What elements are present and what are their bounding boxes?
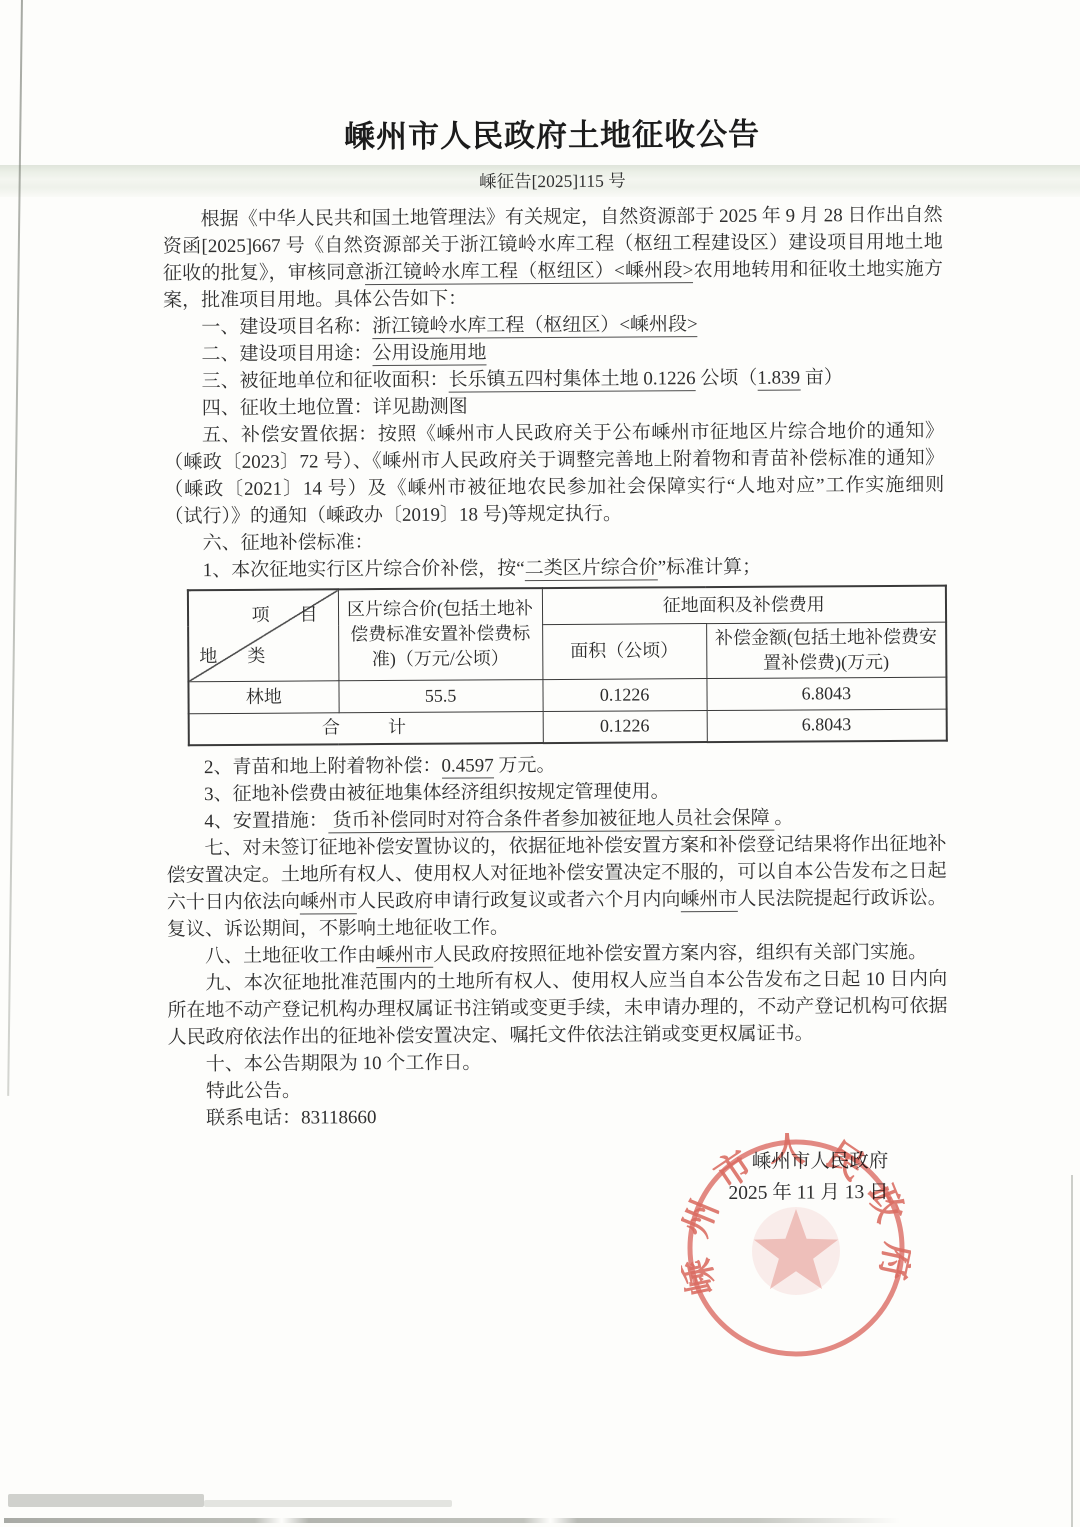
underlined-text: 1.839 (757, 367, 800, 390)
body-text-lower: 2、青苗和地上附着物补偿：0.4597 万元。3、征地补偿费由被征地集体经济组织… (166, 750, 948, 1133)
underlined-text: 长乐镇五四村集体土地 0.1226 (449, 368, 696, 393)
seal-star-icon (754, 1209, 838, 1289)
document-number: 嵊征告[2025]115 号 (162, 167, 942, 196)
paragraph: 七、对未签订征地补偿安置协议的，依据征地补偿安置方案和补偿登记结果将作出征地补偿… (166, 831, 947, 944)
underlined-text: 浙江镜岭水库工程（枢纽区）<嵊州段> (372, 314, 698, 339)
text-run: 一、建设项目名称： (201, 316, 372, 338)
text-run: 联系电话：83118660 (206, 1107, 376, 1129)
corner-label-landtype: 地 类 (199, 643, 271, 668)
text-run: 四、征收土地位置：详见勘测图 (202, 397, 468, 420)
text-run: 九、本次征地批准范围内的土地所有权人、使用权人应当自本公告发布之日起 10 日内… (167, 969, 947, 1049)
underlined-text: 浙江镜岭水库工程（枢纽区）<嵊州段> (365, 260, 694, 285)
text-run: 4、安置措施： (204, 810, 328, 832)
compensation-table: 项 目 地 类 区片综合价(包括土地补偿费标准安置补偿费标准)（万元/公顷） 征… (187, 585, 948, 747)
signature-date: 2025 年 11 月 13 日 (169, 1177, 889, 1212)
signature-block: 嵊州市人民政府 2025 年 11 月 13 日 (168, 1146, 948, 1213)
text-run: 六、征地补偿标准： (203, 532, 374, 554)
cell-total-amount: 6.8043 (707, 709, 947, 742)
paragraph: 九、本次征地批准范围内的土地所有权人、使用权人应当自本公告发布之日起 10 日内… (167, 966, 947, 1052)
text-run: 十、本公告期限为 10 个工作日。 (206, 1052, 482, 1075)
underlined-text: 嵊州市 (376, 945, 433, 968)
column-group-header: 征地面积及补偿费用 (542, 586, 946, 624)
column-header-amount: 补偿金额(包括土地补偿费安置补偿费)(万元) (706, 622, 946, 678)
column-header-area: 面积（公顷） (542, 623, 706, 679)
underlined-text: 嵊州市 (680, 889, 737, 912)
text-run: 五、补偿安置依据：按照《嵊州市人民政府关于公布嵊州市征地区片综合地价的通知》（嵊… (164, 421, 944, 528)
scan-artifact-right-line (1071, 1175, 1073, 1527)
text-run: 八、土地征收工作由 (205, 945, 376, 967)
signature-org: 嵊州市人民政府 (168, 1146, 888, 1181)
text-run: 2、青苗和地上附着物补偿： (204, 756, 442, 778)
column-header-price: 区片综合价(包括土地补偿费标准安置补偿费标准)（万元/公顷） (338, 588, 543, 680)
scan-artifact-smudge (204, 1500, 452, 1507)
text-run: ”标准计算； (658, 557, 762, 579)
paragraph: 五、补偿安置依据：按照《嵊州市人民政府关于公布嵊州市征地区片综合地价的通知》（嵊… (164, 418, 945, 531)
cell-land-type: 林地 (188, 680, 338, 713)
table-row: 林地 55.5 0.1226 6.8043 (188, 677, 946, 714)
text-run: 特此公告。 (206, 1081, 301, 1103)
underlined-text: 0.4597 (441, 755, 493, 778)
text-run: 二、建设项目用途： (201, 343, 372, 365)
text-run: 公顷（ (696, 368, 758, 389)
body-text-upper: 根据《中华人民共和国土地管理法》有关规定，自然资源部于 2025 年 9 月 2… (163, 202, 945, 585)
underlined-text: 嵊州市 (300, 891, 357, 914)
text-run: 。 (774, 808, 793, 829)
paragraph: 三、被征地单位和征收面积：长乐镇五四村集体土地 0.1226 公顷（1.839 … (164, 364, 944, 396)
text-run: 万元。 (494, 755, 556, 776)
page-title: 嵊州市人民政府土地征收公告 (162, 114, 942, 159)
underlined-text: 公用设施用地 (372, 342, 486, 366)
cell-area: 0.1226 (542, 678, 706, 711)
corner-label-item: 项 目 (251, 602, 323, 627)
underlined-text: 货币补偿同时对符合条件者参加被征地人员社会保障 (328, 808, 775, 834)
text-run: 1、本次征地实行区片综合价补偿，按“ (203, 558, 525, 581)
cell-price: 55.5 (338, 679, 542, 712)
text-run: 人民政府按照征地补偿安置方案内容，组织有关部门实施。 (433, 942, 927, 966)
text-run: 人民政府申请行政复议或者六个月内向 (357, 889, 681, 912)
text-run: 3、征地补偿费由被征地集体经济组织按规定管理使用。 (204, 781, 670, 805)
text-run: 亩） (800, 367, 843, 388)
document-content: 嵊州市人民政府土地征收公告 嵊征告[2025]115 号 根据《中华人民共和国土… (162, 114, 949, 1213)
paragraph: 根据《中华人民共和国土地管理法》有关规定，自然资源部于 2025 年 9 月 2… (163, 202, 944, 315)
underlined-text: 二类区片综合价 (525, 557, 658, 581)
scan-artifact-smudge (8, 1494, 204, 1507)
cell-total-label: 合 计 (189, 711, 543, 745)
cell-amount: 6.8043 (706, 677, 946, 710)
text-run: 三、被征地单位和征收面积： (202, 370, 449, 393)
paragraph: 联系电话：83118660 (168, 1101, 948, 1133)
scanned-notice-page: 嵊州市人民政府土地征收公告 嵊征告[2025]115 号 根据《中华人民共和国土… (0, 0, 1080, 1527)
paragraph: 1、本次征地实行区片综合价补偿，按“二类区片综合价”标准计算； (165, 553, 945, 585)
scan-artifact-bottom-line (4, 1518, 900, 1523)
table-total-row: 合 计 0.1226 6.8043 (189, 709, 947, 746)
seal-emblem-blur (752, 1207, 840, 1295)
table-corner-cell: 项 目 地 类 (188, 589, 339, 681)
cell-total-area: 0.1226 (543, 710, 707, 743)
